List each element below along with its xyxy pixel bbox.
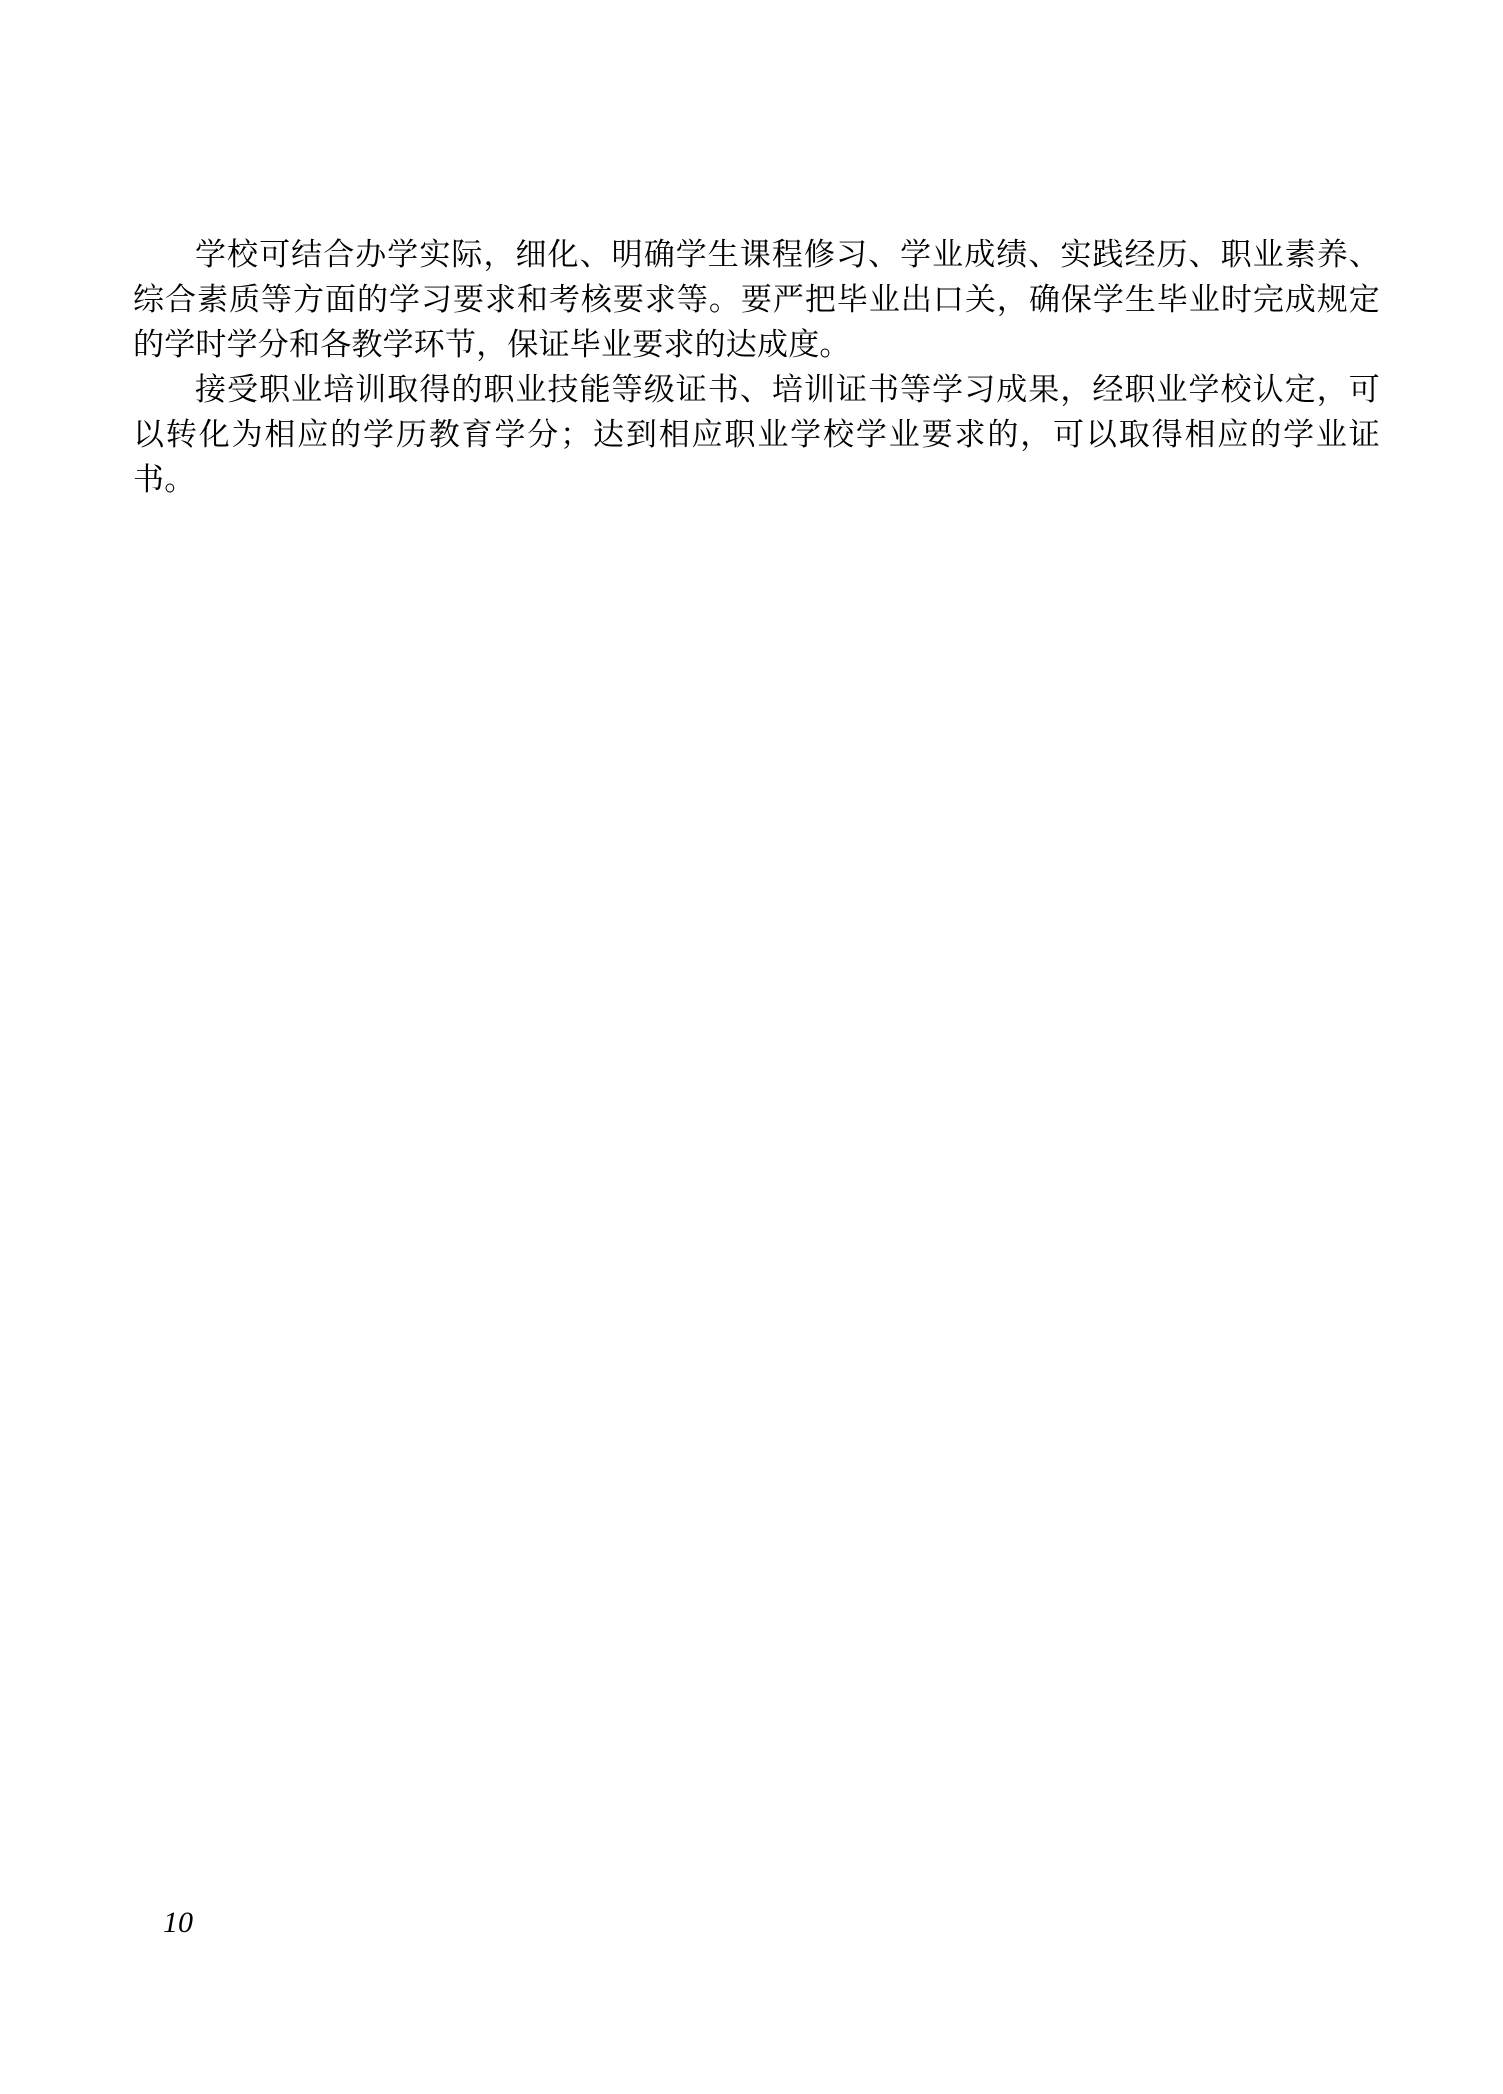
body-paragraph-1: 学校可结合办学实际，细化、明确学生课程修习、学业成绩、实践经历、职业素养、综合素… bbox=[133, 232, 1380, 367]
page-number: 10 bbox=[163, 1905, 193, 1941]
page-body: 学校可结合办学实际，细化、明确学生课程修习、学业成绩、实践经历、职业素养、综合素… bbox=[133, 232, 1380, 502]
document-page: 学校可结合办学实际，细化、明确学生课程修习、学业成绩、实践经历、职业素养、综合素… bbox=[0, 0, 1503, 2094]
body-paragraph-2: 接受职业培训取得的职业技能等级证书、培训证书等学习成果，经职业学校认定，可以转化… bbox=[133, 367, 1380, 502]
